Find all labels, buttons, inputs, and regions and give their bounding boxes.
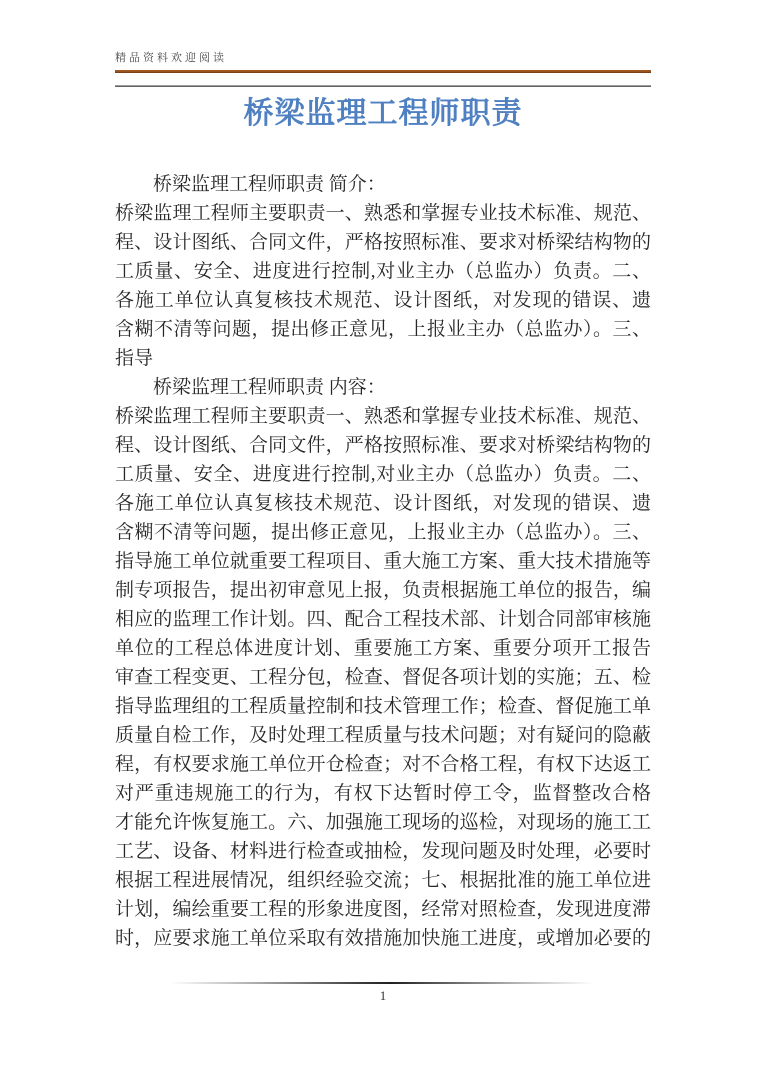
text-line: 审查工程变更、工程分包，检查、督促各项计划的实施；五、检查、 xyxy=(115,663,651,692)
text-line: 指导施工单位就重要工程项目、重大施工方案、重大技术措施等编 xyxy=(115,547,651,576)
text-line: 程、设计图纸、合同文件，严格按照标准、要求对桥梁结构物的施 xyxy=(115,228,651,257)
text-line: 含糊不清等问题，提出修正意见，上报业主办（总监办）。三、督促、 xyxy=(115,518,651,547)
text-line: 工质量、安全、进度进行控制,对业主办（总监办）负责。二、组织 xyxy=(115,460,651,489)
footer-rule xyxy=(170,982,594,984)
text-line: 指导监理组的工程质量控制和技术管理工作；检查、督促施工单位 xyxy=(115,692,651,721)
text-line: 相应的监理工作计划。四、配合工程技术部、计划合同部审核施工 xyxy=(115,605,651,634)
text-line: 计划，编绘重要工程的形象进度图，经常对照检查，发现进度滞后 xyxy=(115,895,651,924)
text-line: 对严重违规施工的行为，有权下达暂时停工令，监督整改合格后， xyxy=(115,779,651,808)
text-line: 程，有权要求施工单位开仓检查；对不合格工程，有权下达返工令； xyxy=(115,750,651,779)
text-line: 桥梁监理工程师职责 内容： xyxy=(115,373,651,402)
text-line: 根据工程进展情况，组织经验交流；七、根据批准的施工单位进度 xyxy=(115,866,651,895)
text-line: 制专项报告，提出初审意见上报，负责根据施工单位的报告，编制 xyxy=(115,576,651,605)
text-line: 单位的工程总体进度计划、重要施工方案、重要分项开工报告等， xyxy=(115,634,651,663)
text-line: 桥梁监理工程师主要职责一、熟悉和掌握专业技术标准、规范、规 xyxy=(115,199,651,228)
document-page: 精品资料欢迎阅读 桥梁监理工程师职责 桥梁监理工程师职责 简介：桥梁监理工程师主… xyxy=(0,0,763,1080)
text-line: 工质量、安全、进度进行控制,对业主办（总监办）负责。二、组织 xyxy=(115,257,651,286)
text-line: 程、设计图纸、合同文件，严格按照标准、要求对桥梁结构物的施 xyxy=(115,431,651,460)
text-line: 才能允许恢复施工。六、加强施工现场的巡检，对现场的施工工序、 xyxy=(115,808,651,837)
document-title: 桥梁监理工程师职责 xyxy=(115,92,651,136)
text-line: 含糊不清等问题，提出修正意见，上报业主办（总监办）。三、督促、 xyxy=(115,315,651,344)
header-rule-brown xyxy=(115,70,651,73)
page-number: 1 xyxy=(115,988,651,1004)
header-rule-dark xyxy=(115,85,651,87)
text-line: 指导 xyxy=(115,344,651,373)
text-line: 桥梁监理工程师主要职责一、熟悉和掌握专业技术标准、规范、规 xyxy=(115,402,651,431)
text-line: 各施工单位认真复核技术规范、设计图纸，对发现的错误、遗漏、 xyxy=(115,286,651,315)
text-line: 桥梁监理工程师职责 简介： xyxy=(115,170,651,199)
text-line: 质量自检工作，及时处理工程质量与技术问题；对有疑问的隐蔽工 xyxy=(115,721,651,750)
text-line: 各施工单位认真复核技术规范、设计图纸，对发现的错误、遗漏、 xyxy=(115,489,651,518)
text-line: 工艺、设备、材料进行检查或抽检，发现问题及时处理，必要时可 xyxy=(115,837,651,866)
header-note: 精品资料欢迎阅读 xyxy=(115,49,227,65)
document-body: 桥梁监理工程师职责 简介：桥梁监理工程师主要职责一、熟悉和掌握专业技术标准、规范… xyxy=(115,170,651,953)
text-line: 时，应要求施工单位采取有效措施加快施工进度，或增加必要的资 xyxy=(115,924,651,953)
